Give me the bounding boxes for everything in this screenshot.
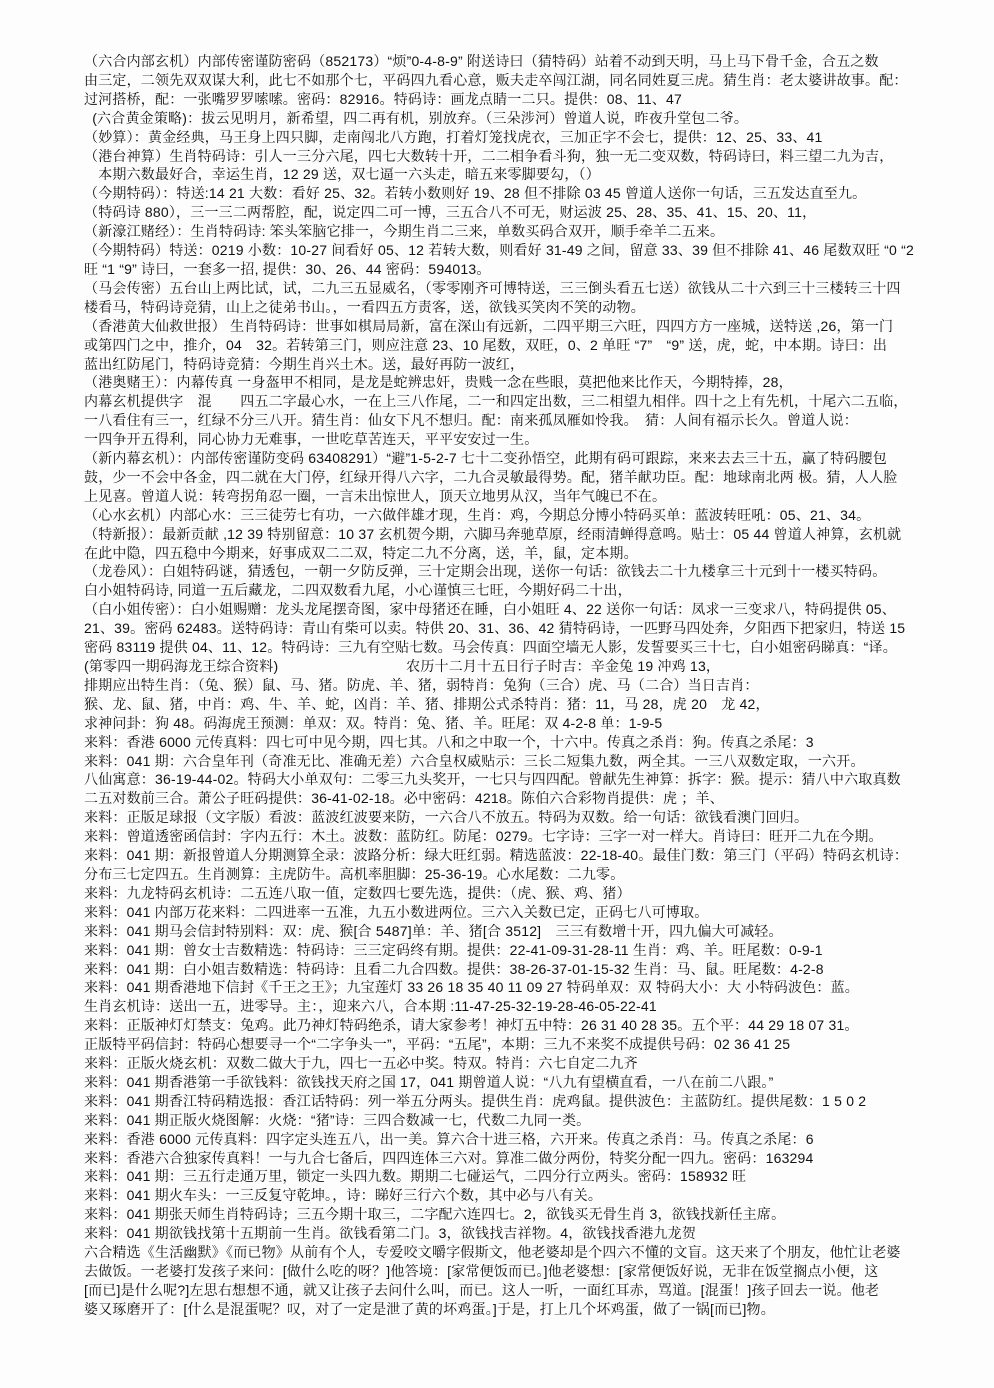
text-line: 内幕玄机提供字 混 四五二字最心水，一在上三八作尾，二一和四定出数，三二相望九相…	[84, 392, 968, 411]
text-line: （特新报）：最新贡献 ,12 39 特别留意：10 37 玄机贺今期，六脚马奔驰…	[84, 525, 968, 544]
text-line: 猴、龙、鼠、猪，中肖：鸡、牛、羊、蛇，凶肖：羊、猪、排期公式杀特肖：猪：11，马…	[84, 695, 968, 714]
text-line: （特码诗 880），三一三二两帮腔，配，说定四二可一博，三五合八不可无，财运波 …	[84, 203, 968, 222]
text-line: 来料：曾道透密函信封：字内五行：木土。波数：蓝防红。防尾：0279。七字诗：三字…	[84, 827, 968, 846]
text-line: 来料：041 期：新报曾道人分期测算全录：波路分析：绿大旺红弱。精选蓝波：22-…	[84, 846, 968, 865]
text-line: 排期应出特生肖：（兔、猴）鼠、马、猪。防虎、羊、猪，弱特肖：兔狗（三合）虎、马（…	[84, 676, 968, 695]
text-line: 来料：正版足球报（文字版）看波：蓝波红波要来防，一六合八不放五。特码为双数。给一…	[84, 808, 968, 827]
text-line: （马会传密）五台山上两比试，试，二九三五显威名，（零零刚齐可博特送，三三倒头看五…	[84, 279, 968, 298]
text-line: [而已]是什么呢?]左思右想想不通，就又让孩子去问什么叫，而已。这人一听，一面红…	[84, 1281, 968, 1300]
text-line: 去做饭。一老婆打发孩子来问：[做什么吃的呀？]他答境：[家常便饭而已。]他老婆想…	[84, 1262, 968, 1281]
text-line: 本期六数最好合，幸运生肖，12 29 送，双七逼一六头走，暗五来零脚要勾，（）	[84, 165, 968, 184]
text-line: 来料：041 期欲钱找第十五期前一生肖。欲钱看第二门。3，欲钱找吉祥物。4，欲钱…	[84, 1224, 968, 1243]
text-line: 来料：041 内部万花来料：二四进率一五准，九五小数进两位。三六入关数已定，正码…	[84, 903, 968, 922]
text-line: （新内幕玄机）：内部传密谨防变码 63408291）“避”1-5-2-7 七十二…	[84, 449, 968, 468]
text-line: 来料：041 期：三五行走通万里，锁定一头四九数。期期二七碰运气，二四分行立两头…	[84, 1167, 968, 1186]
text-line: 鼓，少一不会中各金，四二就在大门停，红绿开得八六字，二九合灵敏最得势。配，猪羊献…	[84, 468, 968, 487]
text-line: 旺 “1 “9” 诗曰，一套多一招, 提供：30、26、44 密码：594013…	[84, 260, 968, 279]
text-line: 来料：香港 6000 元传真料：四字定头连五八，出一美。算六合十进三格，六开来。…	[84, 1130, 968, 1149]
text-line: （今期特码）：特送:14 21 大数：看好 25、32。若转小数则好 19、28…	[84, 184, 968, 203]
text-line: （龙卷风）：白姐特码谜，猜透包，一朝一夕防反弹，三十定期会出现，送你一句话：欲钱…	[84, 562, 968, 581]
text-lines: （六合内部玄机）内部传密谨防密码（852173）“烦”0-4-8-9” 附送诗曰…	[84, 52, 968, 1319]
text-line: 求神问卦：狗 48。码海虎王预测：单双：双。特肖：兔、猪、羊。旺尾：双 4-2-…	[84, 714, 968, 733]
document-body: （六合内部玄机）内部传密谨防密码（852173）“烦”0-4-8-9” 附送诗曰…	[84, 52, 968, 1319]
text-line: 21、39。密码 62483。送特码诗：青山有柴可以卖。特供 20、31、36、…	[84, 619, 968, 638]
text-line: 分布三七定四五。生肖测算：主虎防牛。高机率胆脚：25-36-19。心水尾数：二九…	[84, 865, 968, 884]
text-line: 来料：041 期马会信封特别料：双：虎、猴[合 5487]单：羊、猪[合 351…	[84, 922, 968, 941]
text-line: 来料：香港 6000 元传真料：四七可中见今期，四七其。八和之中取一个，十六中。…	[84, 733, 968, 752]
text-line: 婆又琢磨开了：[什么是混蛋呢？叹，对了一定是泄了黄的坏鸡蛋。]于是，打上几个坏鸡…	[84, 1300, 968, 1319]
text-line: （六合内部玄机）内部传密谨防密码（852173）“烦”0-4-8-9” 附送诗曰…	[84, 52, 968, 71]
text-line: 生肖玄机诗：送出一五，进零导。主：，迎来六八，合本期 :11-47-25-32-…	[84, 997, 968, 1016]
text-line: （白小姐传密）：白小姐赐赠：龙头龙尾摆奇图，家中母猪还在睡，白小姐旺 4、22 …	[84, 600, 968, 619]
text-line: 密码 83119 提供 04、11、12。特码诗：三九有空贴七数。马会传真：四面…	[84, 638, 968, 657]
text-line: （今期特码）特送：0219 小数：10-27 间看好 05、12 若转大数，则看…	[84, 241, 968, 260]
text-line: 或第四门之中，推介，04 32。若转第三门，则应注意 23、10 尾数，双旺，0…	[84, 336, 968, 355]
text-line: 二五对数前三合。萧公子旺码提供：36-41-02-18。必中密码：4218。陈伯…	[84, 789, 968, 808]
text-line: 来料：正版神灯灯禁支：兔鸡。此乃神灯特码绝杀，请大家参考！神灯五中特：26 31…	[84, 1016, 968, 1035]
text-line: 来料：041 期香江特码精选报：香江话特码：列一举五分两头。提供生肖：虎鸡鼠。提…	[84, 1092, 968, 1111]
text-line: （港奥赌王）：内幕传真 一身盔甲不相同，是龙是蛇辨忠奸，贵贱一念在些眼，莫把他来…	[84, 373, 968, 392]
text-line: 楼看马，特码诗竞猜，山上之徒弟书山。，一看四五方责客，送，欲钱买笑肉不笑的动物。	[84, 298, 968, 317]
text-line: 来料：041 期：六合皇年刊（奇准无比、准确无差）六合皇权威贴示：三长二短集九数…	[84, 752, 968, 771]
text-line: 六合精选《生活幽默》《而已物》从前有个人，专爱咬文嚼字假斯文，他老婆却是个四六不…	[84, 1243, 968, 1262]
text-line: 由三定，二领先双双谋大利，此七不如那个七，平码四九看心意，贩夫走卒闯江湖，同名同…	[84, 71, 968, 90]
text-line: 来料：041 期香港第一手欲钱料：欲钱找天府之国 17，041 期曾道人说：“八…	[84, 1073, 968, 1092]
text-line: 来料：041 期正版火烧图解：火烧：“猪”诗：三四合数减一七，代数二九同一类。	[84, 1111, 968, 1130]
text-line: 一八看住有三一，红绿不分三八开。猜生肖：仙女下凡不想归。配：南来孤凤雁如怜我。 …	[84, 411, 968, 430]
text-line: 来料：041 期香港地下信封《千王之王》；九宝莲灯 33 26 18 35 40…	[84, 978, 968, 997]
text-line: 上见喜。曾道人说：转弯拐角忍一圈，一言未出惊世人，顶天立地男从汉，当年气魄已不在…	[84, 487, 968, 506]
text-line: 来料：041 期张天师生肖特码诗；三五今期十取三，二字配六连四七。2，欲钱买无骨…	[84, 1205, 968, 1224]
text-line: 来料：香港六合独家传真料！一与九合七备后，四四连体三六对。算准二做分两份，特奖分…	[84, 1149, 968, 1168]
text-line: 来料：正版火烧玄机：双数二做大于九，四七一五必中奖。特双。特肖：六七自定二九齐	[84, 1054, 968, 1073]
text-line: 在此中隐，四五稳中今期来，好事成双二二双，特定二九不分离，送，羊，鼠，定本期。	[84, 544, 968, 563]
text-line: （港台神算）生肖特码诗：引人一三分六尾，四七大数转十开，二二相争看斗狗，独一无二…	[84, 147, 968, 166]
text-line: 八仙寓意：36-19-44-02。特码大小单双句：二零三九头奖开，一七只与四四配…	[84, 770, 968, 789]
text-line: (第零四一期码海龙王综合资料) 农历十二月十五日行子时吉：辛金兔 19 冲鸡 1…	[84, 657, 968, 676]
text-line: （妙算）：黄金经典，马王身上四只脚，走南闯北八方跑，打着灯笼找虎衣，三加正字不会…	[84, 128, 968, 147]
text-line: 来料：041 期：曾女士吉数精选：特码诗：三三定码终有期。提供：22-41-09…	[84, 941, 968, 960]
text-line: （新濠江赌经）：生肖特码诗: 笨头笨脑它排一，今期生肖二三来，单数买码合双开，顺…	[84, 222, 968, 241]
text-line: 来料：041 期火车头：一三反复守乾坤。，诗：睇好三行六个数，其中必与八有关。	[84, 1186, 968, 1205]
text-line: 来料：九龙特码玄机诗：二五连八取一值，定数四七要先选，提供：（虎、猴、鸡、猪）	[84, 884, 968, 903]
text-line: (六合黄金策略)：拔云见明月，新希望，四二再有机，别放弃。（三朵涉河）曾道人说，…	[84, 109, 968, 128]
text-line: 来料：041 期：白小姐吉数精选：特码诗：且看二九合四数。提供：38-26-37…	[84, 960, 968, 979]
text-line: （香港黄大仙救世报） 生肖特码诗：世事如棋局局新，富在深山有远新，二四平期三六旺…	[84, 317, 968, 336]
text-line: 过河搭桥，配：一张嘴罗罗嗦嗦。密码：82916。特码诗：画龙点睛一二只。提供：0…	[84, 90, 968, 109]
text-line: 蓝出红防尾门，特码诗竞猜：今期生肖兴土木。送，最好再防一波红，	[84, 355, 968, 374]
text-line: 正版特平码信封：特码心想要寻一个“二字争头一”，平码：“五尾”，本期：三九不来奖…	[84, 1035, 968, 1054]
text-line: 白小姐特码诗, 同道一五后藏龙，二四双数看九尾，小心谨慎三七旺，今期好码二十出，	[84, 581, 968, 600]
text-line: （心水玄机）内部心水：三三徒劳七有功，一六做伴雄才现，生肖：鸡，今期总分博小特码…	[84, 506, 968, 525]
text-line: 一四争开五得利，同心协力无难事，一世吃草苦连天，平平安安过一生。	[84, 430, 968, 449]
